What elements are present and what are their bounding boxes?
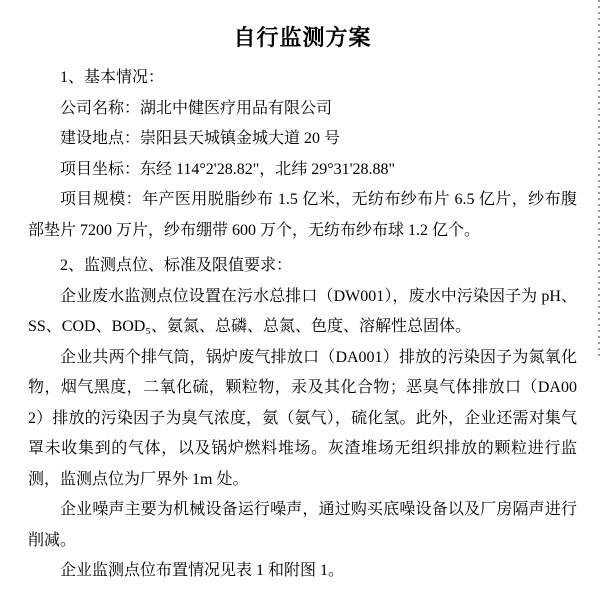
section-2-heading: 2、监测点位、标准及限值要求： bbox=[28, 251, 577, 282]
page-boundary-dotted-line bbox=[598, 0, 600, 356]
document-page: 自行监测方案 1、基本情况： 公司名称：湖北中健医疗用品有限公司 建设地点：崇阳… bbox=[0, 0, 604, 600]
paragraph-project-scale: 项目规模：年产医用脱脂纱布 1.5 亿米，无纺布纱布片 6.5 亿片，纱布腹部垫… bbox=[28, 185, 577, 246]
paragraph-construction-site: 建设地点：崇阳县天城镇金城大道 20 号 bbox=[28, 124, 577, 155]
paragraph-noise-monitoring: 企业噪声主要为机械设备运行噪声，通过购买底噪设备以及厂房隔声进行削减。 bbox=[28, 495, 577, 556]
paragraph-monitoring-layout-reference: 企业监测点位布置情况见表 1 和附图 1。 bbox=[28, 556, 577, 587]
paragraph-exhaust-monitoring: 企业共两个排气筒，锅炉废气排放口（DA001）排放的污染因子为氮氧化物，烟气黑度… bbox=[28, 343, 577, 496]
section-1-heading: 1、基本情况： bbox=[28, 63, 577, 94]
paragraph-project-coordinates: 项目坐标：东经 114°2'28.82"，北纬 29°31'28.88" bbox=[28, 155, 577, 186]
paragraph-wastewater-monitoring: 企业废水监测点位设置在污水总排口（DW001），废水中污染因子为 pH、SS、C… bbox=[28, 282, 577, 343]
document-title: 自行监测方案 bbox=[28, 25, 577, 51]
paragraph-company-name: 公司名称：湖北中健医疗用品有限公司 bbox=[28, 94, 577, 125]
